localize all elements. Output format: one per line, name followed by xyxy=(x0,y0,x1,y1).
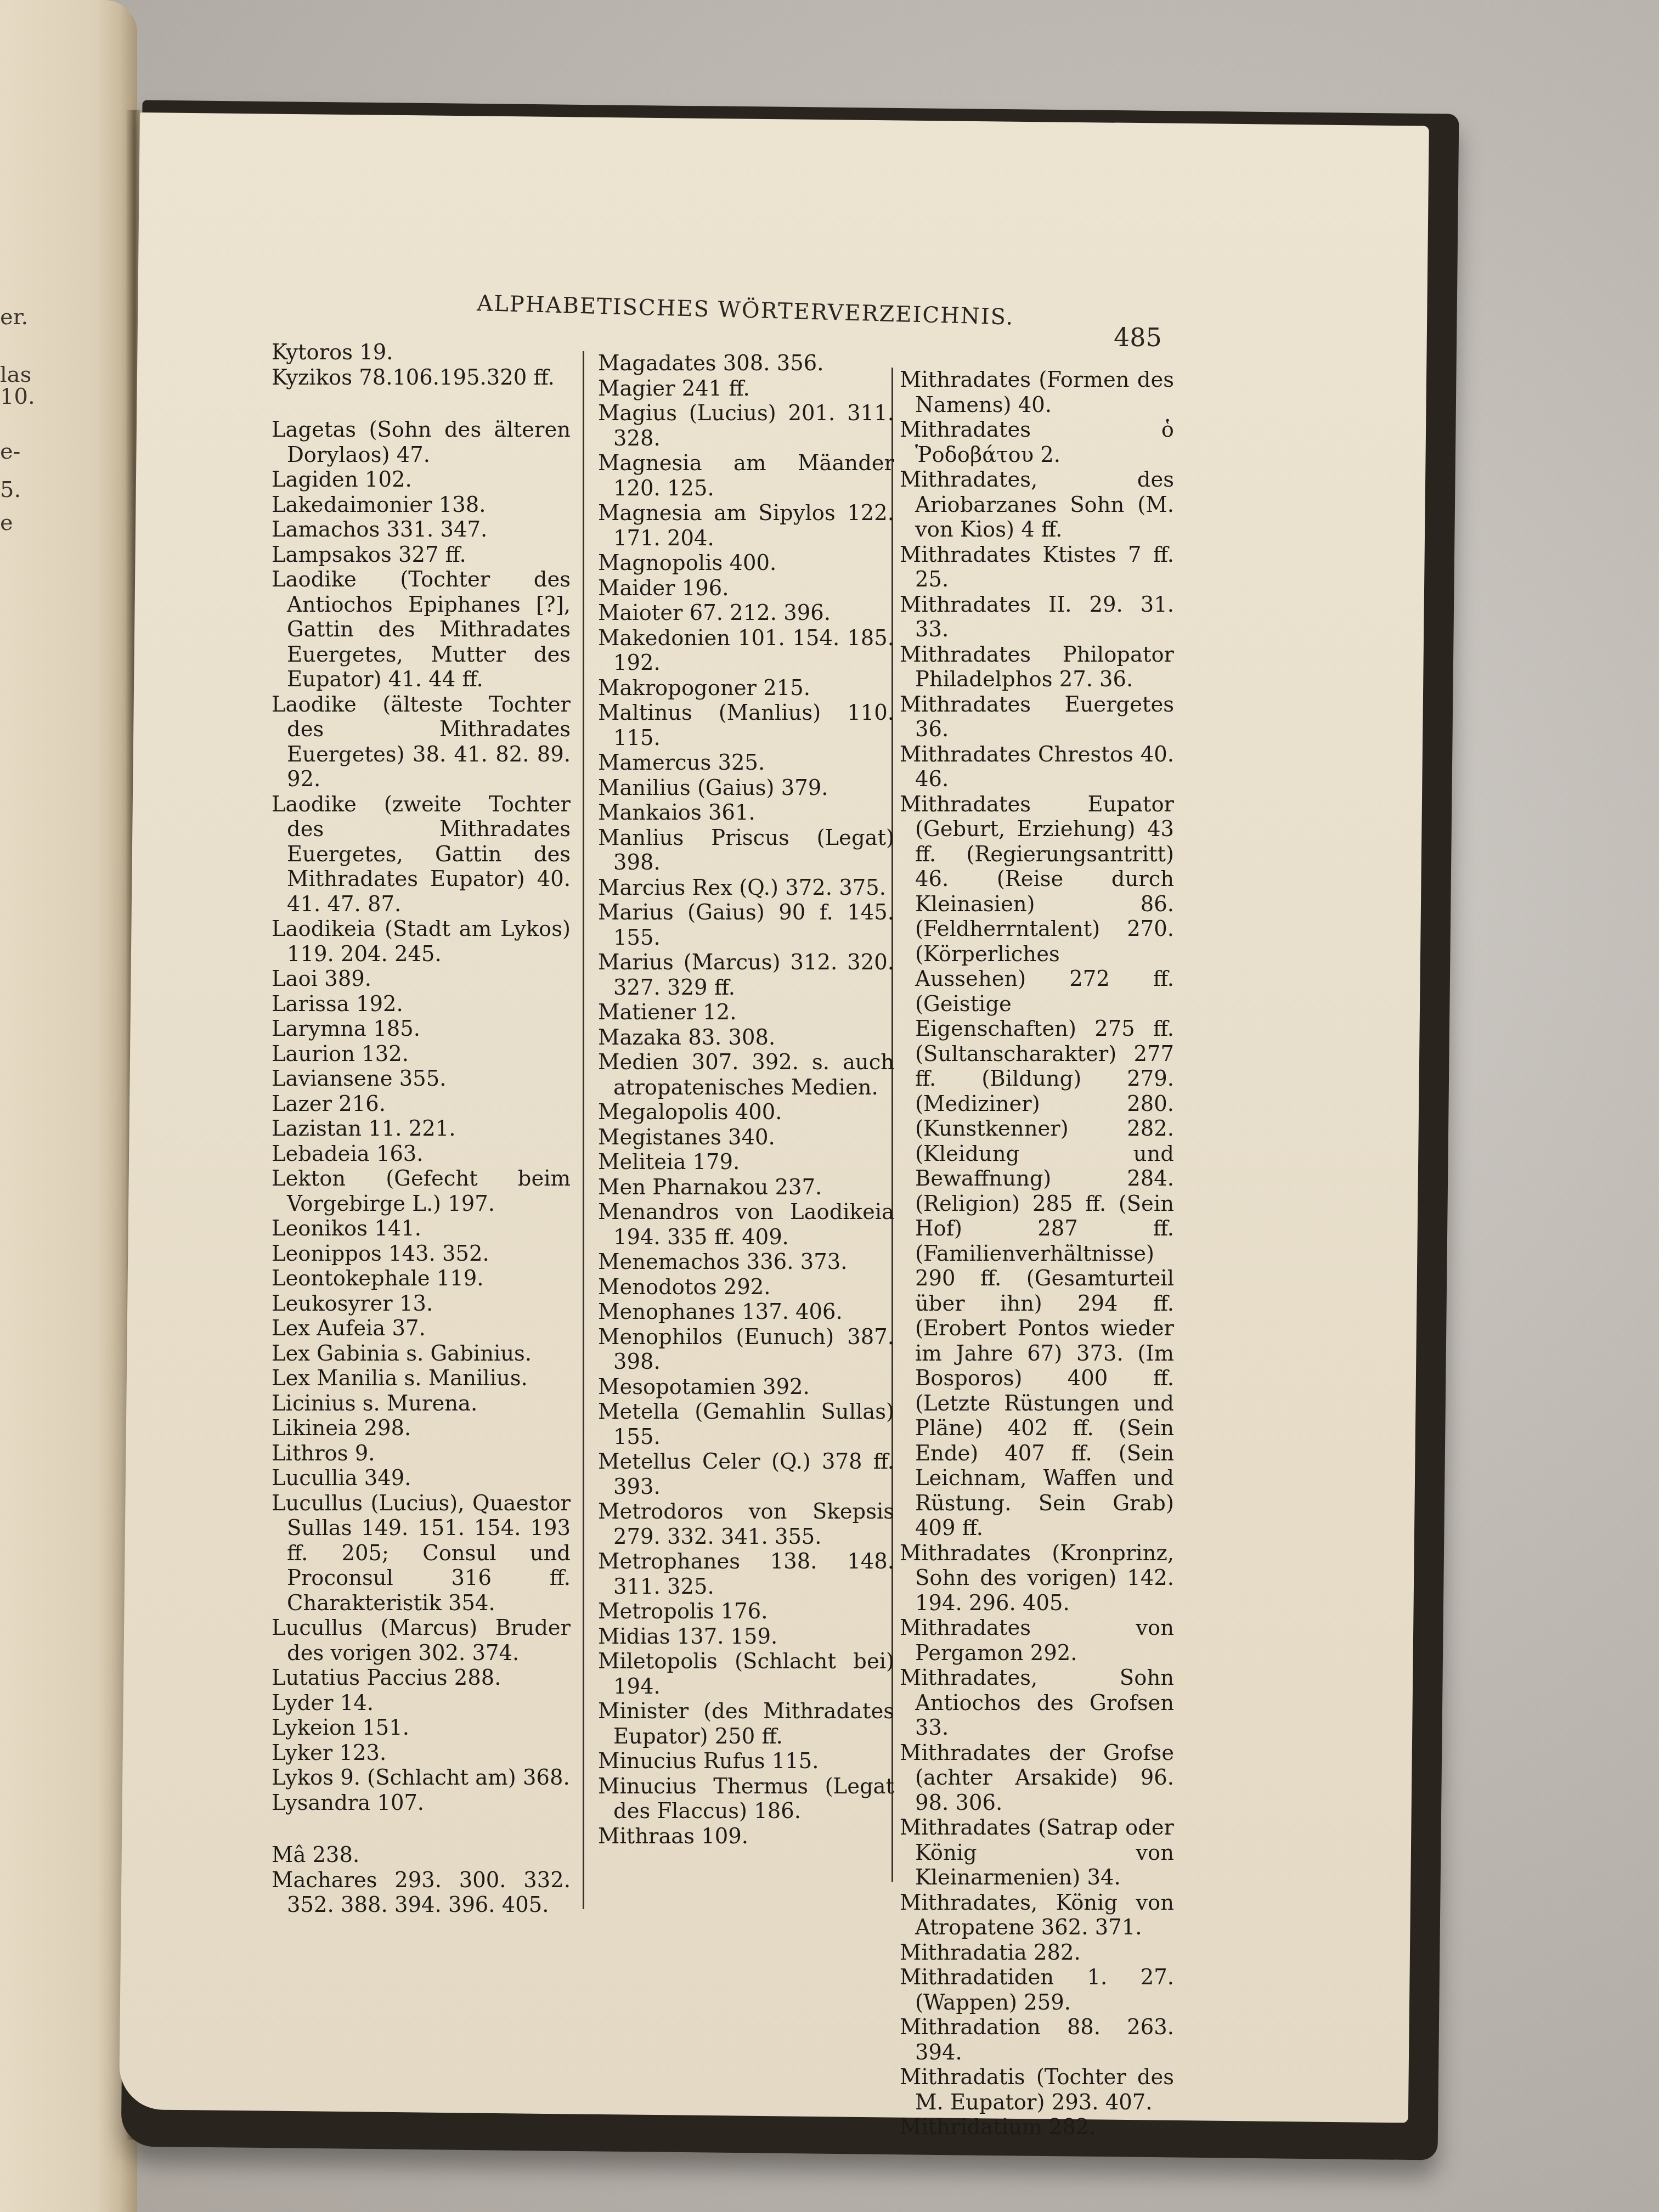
index-entry: Kyzikos 78.106.195.320 ff. xyxy=(272,365,571,391)
index-entry: Mithridatium 282. xyxy=(900,2115,1174,2140)
index-entry: Lithros 9. xyxy=(272,1441,571,1466)
index-entry: Makedonien 101. 154. 185. 192. xyxy=(598,626,894,676)
index-entry: Mâ 238. xyxy=(272,1843,571,1868)
index-entry: Mesopotamien 392. xyxy=(598,1375,894,1400)
index-entry: Lex Aufeia 37. xyxy=(272,1316,571,1341)
index-entry: Lutatius Paccius 288. xyxy=(272,1666,571,1691)
index-entry: Mithradatiden 1. 27. (Wappen) 259. xyxy=(900,1965,1174,2015)
index-entry: Mithradation 88. 263. 394. xyxy=(900,2015,1174,2065)
index-entry: Marius (Gaius) 90 f. 145. 155. xyxy=(598,900,894,950)
index-entry: Magius (Lucius) 201. 311. 328. xyxy=(598,401,894,451)
index-entry: Lekton (Gefecht beim Vorgebirge L.) 197. xyxy=(272,1166,571,1216)
index-entry: Leonippos 143. 352. xyxy=(272,1242,571,1267)
index-entry: Meliteia 179. xyxy=(598,1150,894,1175)
index-entry: Megalopolis 400. xyxy=(598,1100,894,1125)
index-entry: Leukosyrer 13. xyxy=(272,1291,571,1317)
index-entry: Lex Manilia s. Manilius. xyxy=(272,1366,571,1391)
left-page-fragment: e xyxy=(0,510,13,535)
index-entry: Matiener 12. xyxy=(598,1000,894,1025)
index-entry: Laodike (Tochter des Antiochos Epiphanes… xyxy=(272,567,571,692)
index-entry: Mithradates von Pergamon 292. xyxy=(900,1616,1174,1666)
index-entry: Lagetas (Sohn des älteren Dorylaos) 47. xyxy=(272,417,571,467)
index-entry: Minister (des Mithradates Eupator) 250 f… xyxy=(598,1699,894,1749)
index-entry: Mithradates ὁ Ῥοδοβάτου 2. xyxy=(900,417,1174,467)
index-entry: Mithradates (Kronprinz, Sohn des vorigen… xyxy=(900,1541,1174,1616)
index-entry: Menodotos 292. xyxy=(598,1275,894,1300)
index-entry: Lamachos 331. 347. xyxy=(272,517,571,543)
index-entry: Magier 241 ff. xyxy=(598,376,894,402)
index-entry: Makropogoner 215. xyxy=(598,676,894,701)
index-entry: Lazer 216. xyxy=(272,1092,571,1117)
index-entry: Magnopolis 400. xyxy=(598,551,894,576)
index-entry: Lakedaimonier 138. xyxy=(272,493,571,518)
index-entry: Mithradates Philopator Philadelphos 27. … xyxy=(900,642,1174,692)
left-page-fragment: e- xyxy=(0,439,20,464)
left-page-fragment: 10. xyxy=(0,384,35,409)
index-entry: Mithradates Ktistes 7 ff. 25. xyxy=(900,543,1174,592)
index-entry: Mithradates Euergetes 36. xyxy=(900,692,1174,742)
index-entry: Metrophanes 138. 148. 311. 325. xyxy=(598,1549,894,1599)
column-rule xyxy=(583,351,584,1909)
index-entry: Marius (Marcus) 312. 320. 327. 329 ff. xyxy=(598,950,894,1000)
index-entry: Menophilos (Eunuch) 387. 398. xyxy=(598,1325,894,1375)
index-entry: Lucullia 349. xyxy=(272,1466,571,1491)
index-entry: Minucius Rufus 115. xyxy=(598,1749,894,1774)
index-entry: Lazistan 11. 221. xyxy=(272,1116,571,1142)
index-entry: Metropolis 176. xyxy=(598,1599,894,1624)
index-entry: Likineia 298. xyxy=(272,1416,571,1441)
index-entry: Laviansene 355. xyxy=(272,1066,571,1092)
index-entry: Menophanes 137. 406. xyxy=(598,1300,894,1325)
index-entry: Menemachos 336. 373. xyxy=(598,1250,894,1275)
index-entry: Mazaka 83. 308. xyxy=(598,1025,894,1051)
index-entry: Lex Gabinia s. Gabinius. xyxy=(272,1341,571,1367)
index-entry: Magnesia am Mäander 120. 125. xyxy=(598,451,894,501)
index-entry: Kytoros 19. xyxy=(272,340,571,365)
index-entry: Lucullus (Marcus) Bruder des vorigen 302… xyxy=(272,1616,571,1666)
left-page-fragment: er. xyxy=(0,304,28,330)
index-entry: Magadates 308. 356. xyxy=(598,351,894,376)
index-entry: Mithraas 109. xyxy=(598,1824,894,1849)
index-entry: Laodike (zweite Tochter des Mithradates … xyxy=(272,792,571,917)
index-entry: Magnesia am Sipylos 122. 171. 204. xyxy=(598,501,894,551)
index-entry: Mithradates Eupator (Geburt, Erziehung) … xyxy=(900,792,1174,1541)
index-column-1: Kytoros 19.Kyzikos 78.106.195.320 ff.Lag… xyxy=(272,340,571,1918)
index-entry: Miletopolis (Schlacht bei) 194. xyxy=(598,1649,894,1699)
index-entry: Lyker 123. xyxy=(272,1741,571,1766)
index-column-2: Magadates 308. 356.Magier 241 ff.Magius … xyxy=(598,351,894,1849)
index-entry: Larymna 185. xyxy=(272,1017,571,1042)
index-entry: Midias 137. 159. xyxy=(598,1624,894,1650)
page-number: 485 xyxy=(1114,323,1162,352)
index-entry: Menandros von Laodikeia 194. 335 ff. 409… xyxy=(598,1200,894,1250)
index-entry: Lagiden 102. xyxy=(272,467,571,493)
index-entry: Machares 293. 300. 332. 352. 388. 394. 3… xyxy=(272,1868,571,1918)
index-entry: Lucullus (Lucius), Quaestor Sullas 149. … xyxy=(272,1491,571,1616)
index-entry: Licinius s. Murena. xyxy=(272,1391,571,1417)
index-entry: Mithradatis (Tochter des M. Eupator) 293… xyxy=(900,2065,1174,2115)
index-entry: Leontokephale 119. xyxy=(272,1266,571,1291)
index-entry: Medien 307. 392. s. auch atropatenisches… xyxy=(598,1050,894,1100)
index-entry: Mithradates Chrestos 40. 46. xyxy=(900,742,1174,792)
index-entry: Leonikos 141. xyxy=(272,1216,571,1242)
index-entry: Mithradates (Formen des Namens) 40. xyxy=(900,368,1174,417)
index-entry: Manlius Priscus (Legat) 398. xyxy=(598,826,894,876)
index-entry: Mamercus 325. xyxy=(598,751,894,776)
index-entry: Lysandra 107. xyxy=(272,1791,571,1816)
index-entry: Lebadeia 163. xyxy=(272,1142,571,1167)
index-entry: Maltinus (Manlius) 110. 115. xyxy=(598,701,894,751)
left-page: er. las 10. e- 5. e xyxy=(0,0,137,2212)
index-entry: Manilius (Gaius) 379. xyxy=(598,776,894,801)
index-entry: Megistanes 340. xyxy=(598,1125,894,1150)
index-entry: Metella (Gemahlin Sullas) 155. xyxy=(598,1400,894,1449)
index-entry: Lampsakos 327 ff. xyxy=(272,543,571,568)
index-entry: Laodike (älteste Tochter des Mithradates… xyxy=(272,692,571,792)
index-entry: Maider 196. xyxy=(598,576,894,601)
index-entry: Mithradates (Satrap oder König von Klein… xyxy=(900,1815,1174,1891)
index-entry: Laoi 389. xyxy=(272,967,571,992)
index-entry: Lykeion 151. xyxy=(272,1716,571,1741)
index-entry: Laodikeia (Stadt am Lykos) 119. 204. 245… xyxy=(272,917,571,967)
index-entry: Mankaios 361. xyxy=(598,800,894,826)
index-entry: Minucius Thermus (Legat des Flaccus) 186… xyxy=(598,1774,894,1824)
index-entry: Laurion 132. xyxy=(272,1042,571,1067)
index-entry: Metrodoros von Skepsis 279. 332. 341. 35… xyxy=(598,1499,894,1549)
index-entry: Lykos 9. (Schlacht am) 368. xyxy=(272,1765,571,1791)
index-entry: Larissa 192. xyxy=(272,992,571,1017)
index-entry: Mithradates, König von Atropatene 362. 3… xyxy=(900,1891,1174,1940)
index-entry: Mithradates der Grofse (achter Arsakide)… xyxy=(900,1741,1174,1816)
index-entry: Mithradates II. 29. 31. 33. xyxy=(900,592,1174,642)
index-entry: Marcius Rex (Q.) 372. 375. xyxy=(598,876,894,901)
index-entry: Mithradates, Sohn Antiochos des Grofsen … xyxy=(900,1666,1174,1741)
index-entry: Lyder 14. xyxy=(272,1691,571,1716)
index-entry: Metellus Celer (Q.) 378 ff. 393. xyxy=(598,1449,894,1499)
index-column-3: Mithradates (Formen des Namens) 40.Mithr… xyxy=(900,368,1174,2140)
index-entry: Mithradatia 282. xyxy=(900,1940,1174,1966)
left-page-fragment: 5. xyxy=(0,477,21,503)
index-entry: Maioter 67. 212. 396. xyxy=(598,601,894,626)
index-entry: Mithradates, des Ariobarzanes Sohn (M. v… xyxy=(900,467,1174,543)
index-entry: Men Pharnakou 237. xyxy=(598,1175,894,1200)
